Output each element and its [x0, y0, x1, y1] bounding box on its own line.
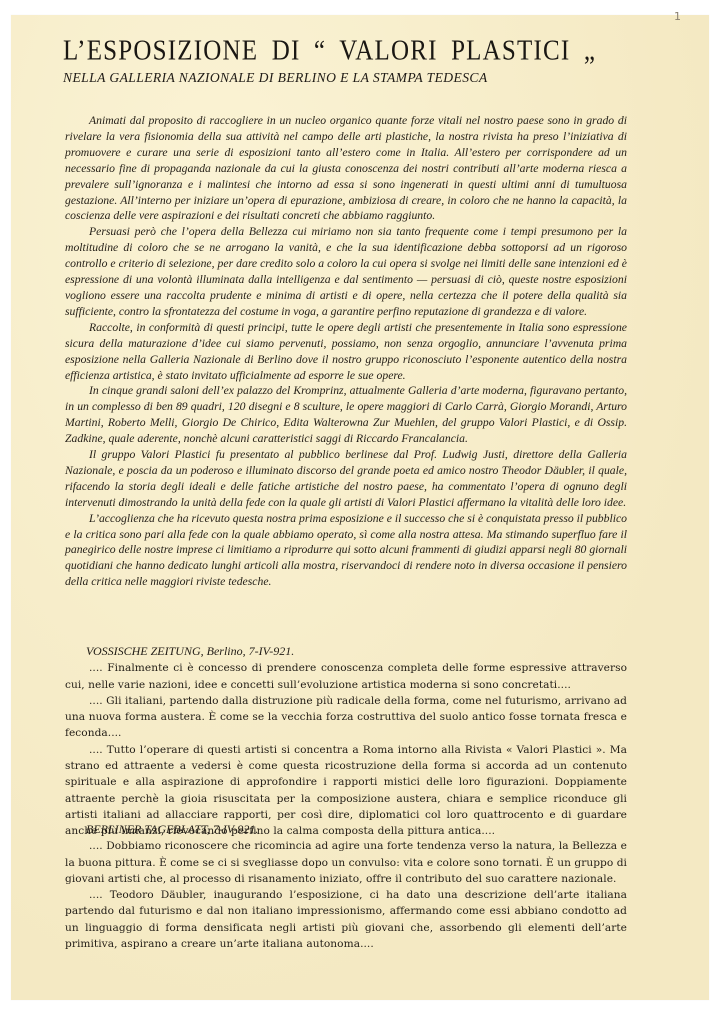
press-paragraph: .... Teodoro Däubler, inaugurando l’espo…	[65, 887, 627, 952]
press-paragraph: .... Finalmente ci è concesso di prender…	[65, 660, 627, 693]
page-subtitle: NELLA GALLERIA NAZIONALE DI BERLINO E LA…	[63, 70, 663, 86]
handwritten-page-number: 1	[674, 10, 681, 23]
intro-paragraph: Animati dal proposito di raccogliere in …	[65, 113, 627, 224]
page-title: L’ESPOSIZIONE DI “ VALORI PLASTICI „	[63, 36, 663, 67]
press-excerpt-vossische-zeitung: VOSSISCHE ZEITUNG, Berlino, 7-IV-921. ..…	[65, 643, 627, 840]
press-excerpt-berliner-tageblatt: BERLINER TAGEBLATT, 7-IV-921. .... Dobbi…	[65, 821, 627, 952]
intro-paragraph: In cinque grandi saloni dell’ex palazzo …	[65, 383, 627, 447]
press-paragraph: .... Gli italiani, partendo dalla distru…	[65, 693, 627, 742]
intro-paragraph: Il gruppo Valori Plastici fu presentato …	[65, 447, 627, 511]
press-source: VOSSISCHE ZEITUNG, Berlino, 7-IV-921.	[86, 643, 627, 659]
intro-paragraph: Raccolte, in conformità di questi princi…	[65, 320, 627, 384]
press-source: BERLINER TAGEBLATT, 7-IV-921.	[86, 821, 627, 837]
intro-paragraph: Persuasi però che l’opera della Bellezza…	[65, 224, 627, 319]
intro-text: Animati dal proposito di raccogliere in …	[65, 113, 627, 590]
intro-paragraph: L’accoglienza che ha ricevuto questa nos…	[65, 511, 627, 591]
press-paragraph: .... Dobbiamo riconoscere che ricomincia…	[65, 838, 627, 887]
